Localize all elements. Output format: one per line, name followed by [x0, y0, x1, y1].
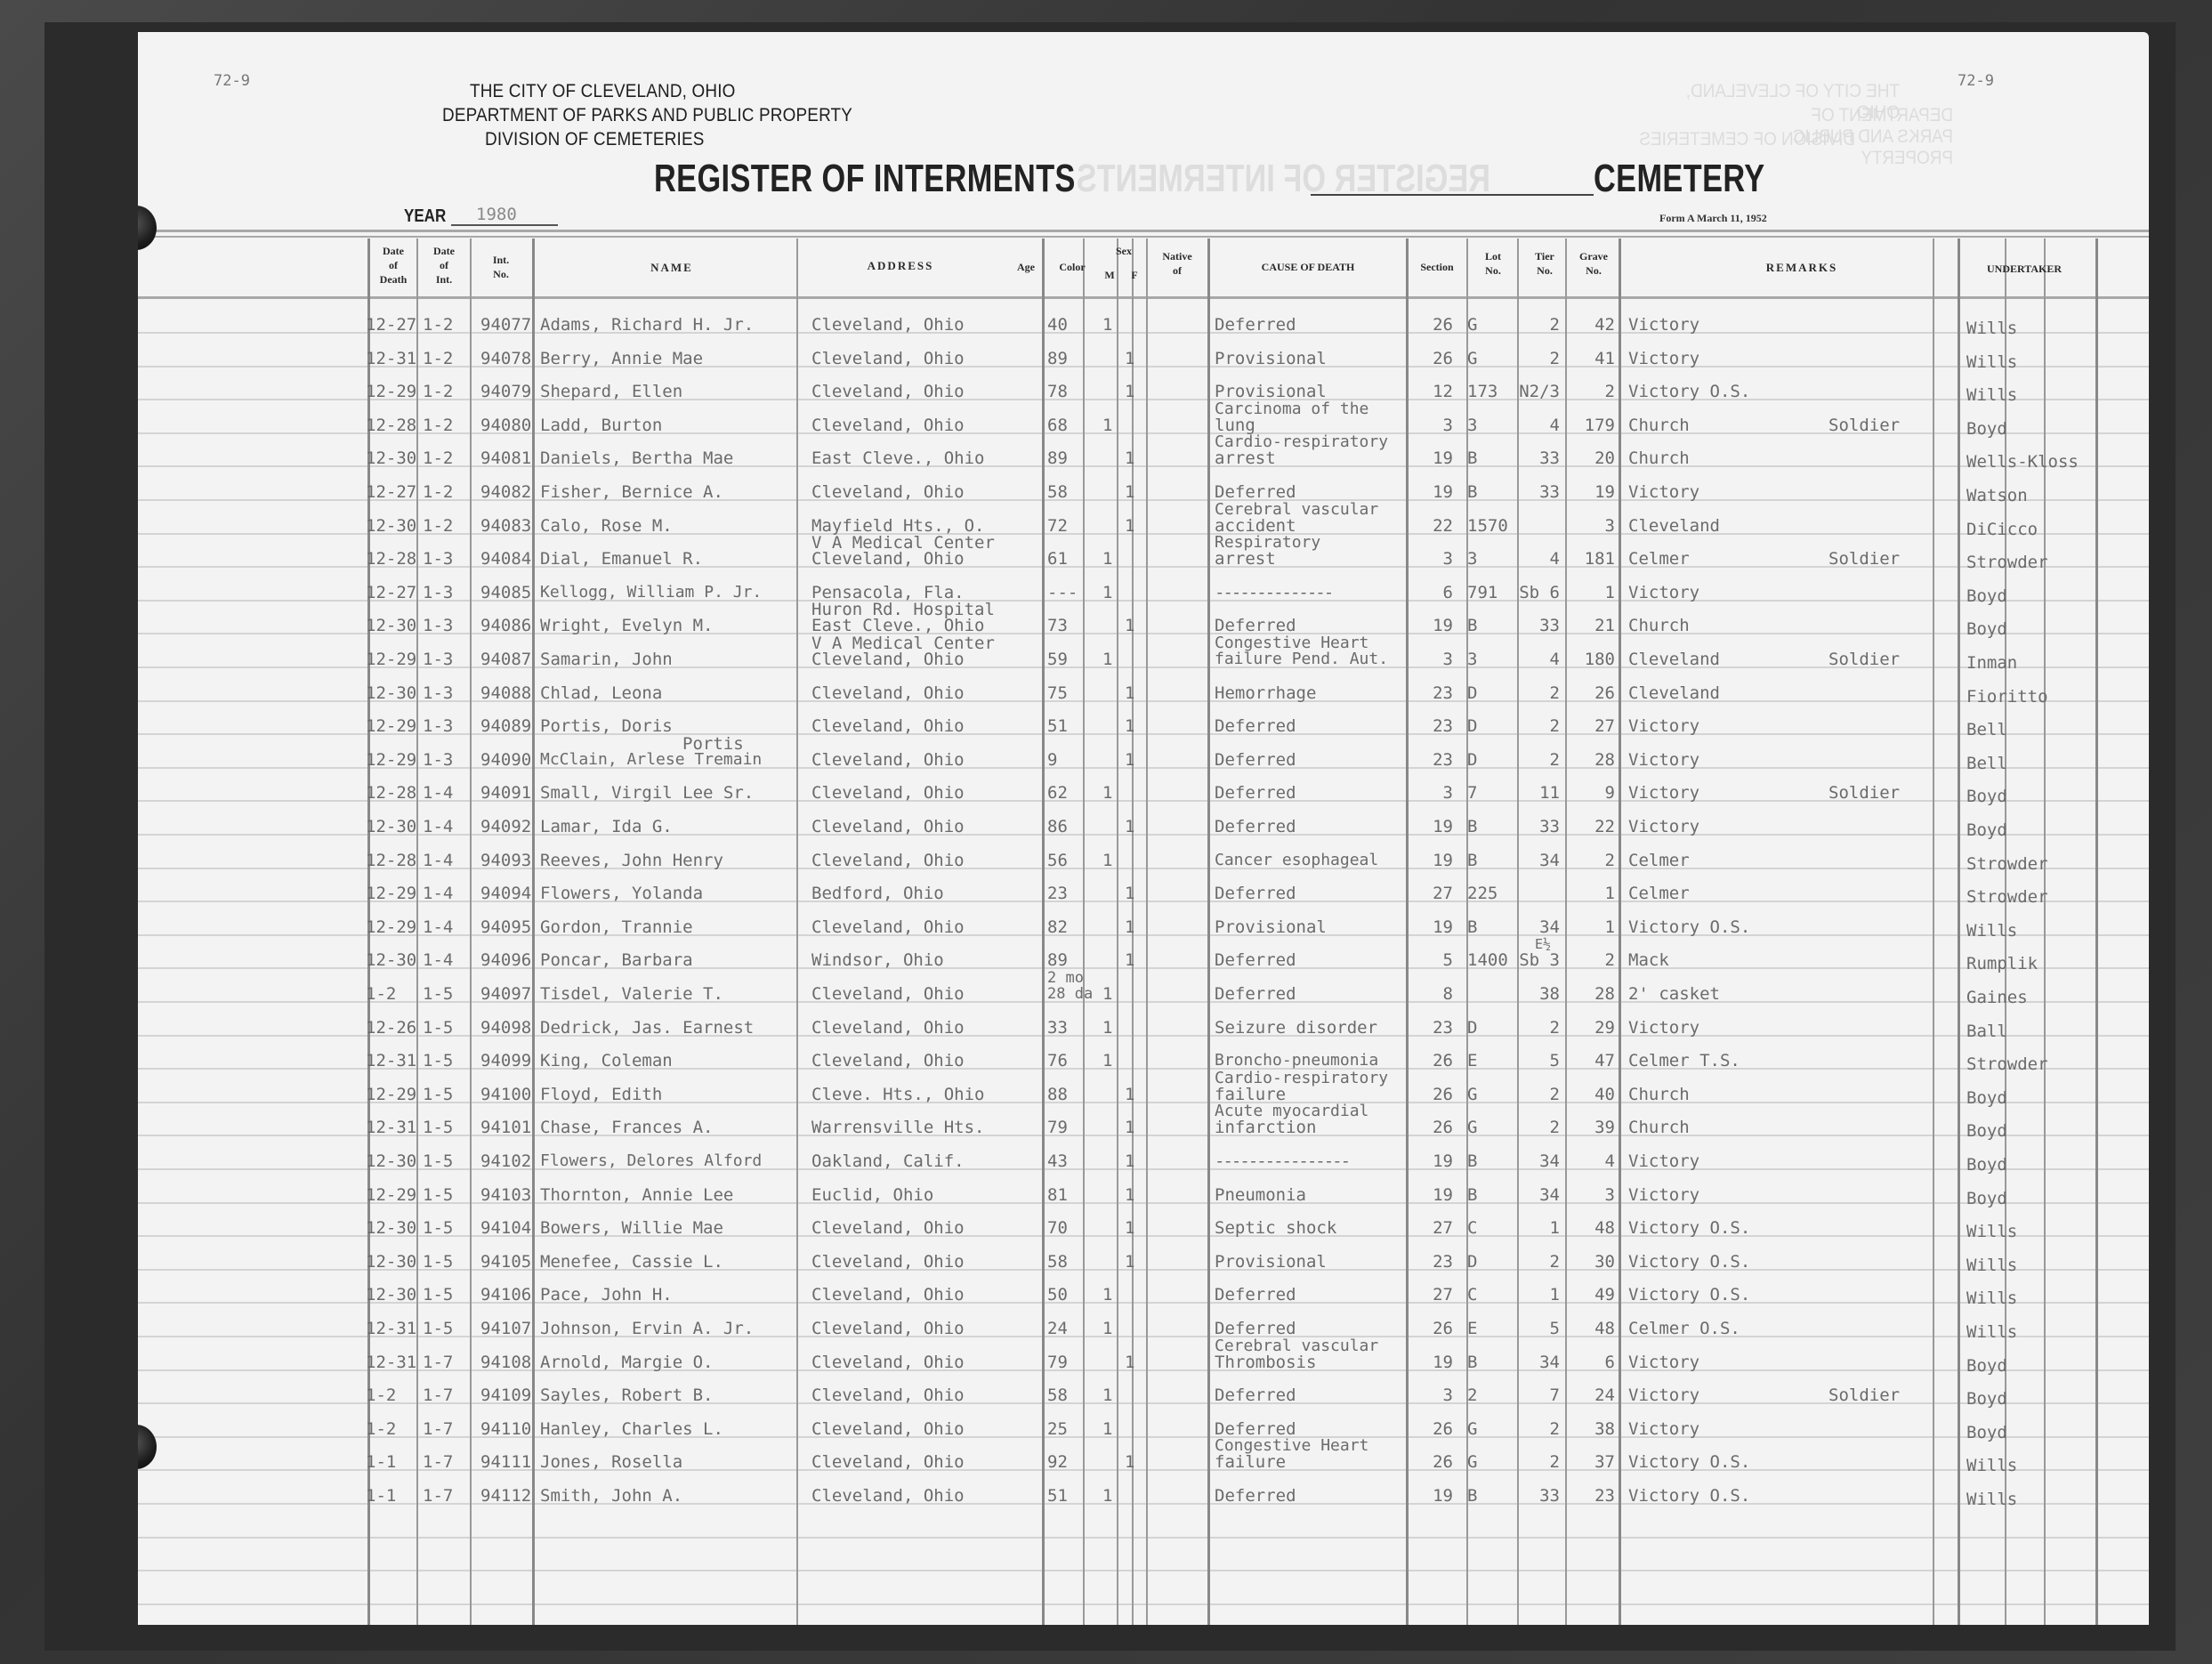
remarks: Victory O.S. — [1628, 1287, 1750, 1303]
date-of-interment: 1-5 — [423, 1220, 453, 1236]
date-of-death: 12-30 — [366, 1254, 416, 1270]
address: East Cleve., Ohio — [811, 450, 984, 466]
remarks: Victory — [1628, 317, 1699, 333]
cause-of-death: Provisional — [1215, 384, 1327, 400]
section: 26 — [1407, 1321, 1453, 1337]
date-of-death: 12-31 — [366, 351, 416, 367]
date-of-interment: 1-7 — [423, 1354, 453, 1370]
column-divider — [470, 238, 472, 1625]
date-of-death: 12-28 — [366, 417, 416, 433]
header-rule-top — [138, 230, 2149, 232]
section: 23 — [1407, 1254, 1453, 1270]
lot-number: 791 — [1467, 585, 1514, 601]
grave-number: 2 — [1565, 952, 1615, 968]
address: Cleveland, Ohio — [811, 1454, 965, 1470]
age: 79 — [1047, 1119, 1068, 1135]
section: 12 — [1407, 384, 1453, 400]
remarks: Victory — [1628, 1187, 1699, 1203]
lot-number: D — [1467, 752, 1514, 768]
sex-male: 1 — [1102, 785, 1112, 801]
grave-number: 24 — [1565, 1387, 1615, 1403]
cause-of-death: arrest — [1215, 450, 1276, 466]
remarks: Mack — [1628, 952, 1669, 968]
column-divider — [1207, 238, 1210, 1625]
undertaker: Boyd — [1966, 421, 2007, 437]
decedent-name: Kellogg, William P. Jr. — [540, 585, 762, 601]
grave-number: 48 — [1565, 1321, 1615, 1337]
tier-number: 2 — [1517, 1421, 1560, 1437]
age: 78 — [1047, 384, 1068, 400]
sex-male: 1 — [1102, 1287, 1112, 1303]
section: 23 — [1407, 752, 1453, 768]
decedent-name: Flowers, Yolanda — [540, 885, 703, 901]
age: 89 — [1047, 952, 1068, 968]
tier-number: 1 — [1517, 1287, 1560, 1303]
interment-number: 94098 — [480, 1020, 531, 1036]
date-of-death: 12-31 — [366, 1354, 416, 1370]
cause-of-death: Septic shock — [1215, 1220, 1336, 1236]
ref-number-left: 72-9 — [214, 72, 250, 90]
interment-number: 94080 — [480, 417, 531, 433]
grave-number: 39 — [1565, 1119, 1615, 1135]
decedent-name: Johnson, Ervin A. Jr. — [540, 1321, 754, 1337]
lot-number: G — [1467, 1421, 1514, 1437]
cause-of-death: Deferred — [1215, 1321, 1296, 1337]
age: 76 — [1047, 1053, 1068, 1069]
tier-number: 2 — [1517, 1086, 1560, 1103]
tier-number: 5 — [1517, 1053, 1560, 1069]
undertaker: Wills — [1966, 1491, 2017, 1507]
col-sex: Sex — [1097, 244, 1150, 258]
date-of-death: 12-31 — [366, 1321, 416, 1337]
lot-number: 3 — [1467, 551, 1514, 567]
grave-number: 20 — [1565, 450, 1615, 466]
date-of-interment: 1-5 — [423, 1187, 453, 1203]
date-of-interment: 1-2 — [423, 384, 453, 400]
undertaker: Boyd — [1966, 1391, 2007, 1407]
cause-of-death: Hemorrhage — [1215, 685, 1316, 701]
remarks-note: Soldier — [1829, 1387, 1900, 1403]
date-of-interment: 1-4 — [423, 852, 453, 868]
age: 79 — [1047, 1354, 1068, 1370]
decedent-name: Adams, Richard H. Jr. — [540, 317, 754, 333]
column-divider — [1117, 238, 1118, 1625]
undertaker: Bell — [1966, 722, 2007, 738]
decedent-name: Small, Virgil Lee Sr. — [540, 785, 754, 801]
cause-of-death: failure — [1215, 1454, 1286, 1470]
lot-number: G — [1467, 317, 1514, 333]
address: Cleveland, Ohio — [811, 484, 965, 500]
age: 70 — [1047, 1220, 1068, 1236]
header-division: DIVISION OF CEMETERIES — [485, 129, 705, 150]
sex-female: 1 — [1125, 718, 1134, 734]
tier-number: 2 — [1517, 1020, 1560, 1036]
binder-hole-top — [138, 206, 157, 250]
decedent-name: Pace, John H. — [540, 1287, 673, 1303]
address: Cleveland, Ohio — [811, 1053, 965, 1069]
date-of-interment: 1-3 — [423, 651, 453, 667]
grave-number: 42 — [1565, 317, 1615, 333]
tier-number: 4 — [1517, 417, 1560, 433]
remarks: Church — [1628, 618, 1690, 634]
tier-number: 4 — [1517, 651, 1560, 667]
undertaker: Rumplik — [1966, 956, 2038, 972]
tier-number: 33 — [1517, 450, 1560, 466]
cause-of-death: Deferred — [1215, 986, 1296, 1002]
age: 58 — [1047, 484, 1068, 500]
sex-male: 1 — [1102, 1020, 1112, 1036]
section: 3 — [1407, 551, 1453, 567]
interment-number: 94102 — [480, 1153, 531, 1169]
interment-number: 94099 — [480, 1053, 531, 1069]
tier-number: 2 — [1517, 1254, 1560, 1270]
decedent-name: Shepard, Ellen — [540, 384, 682, 400]
tier-number: 2 — [1517, 685, 1560, 701]
section: 26 — [1407, 1053, 1453, 1069]
remarks-note: Soldier — [1829, 785, 1900, 801]
remarks: Victory — [1628, 1153, 1699, 1169]
date-of-death: 12-29 — [366, 384, 416, 400]
col-undertaker: UNDERTAKER — [1958, 262, 2091, 276]
col-int-no: Int. No. — [474, 253, 528, 281]
decedent-name: Menefee, Cassie L. — [540, 1254, 723, 1270]
decedent-name: McClain, Arlese Tremain — [540, 752, 762, 768]
age: 75 — [1047, 685, 1068, 701]
col-date-of-death: Date of Death — [371, 244, 416, 287]
date-of-interment: 1-3 — [423, 752, 453, 768]
remarks: Victory — [1628, 484, 1699, 500]
sex-female: 1 — [1125, 752, 1134, 768]
cause-of-death: Deferred — [1215, 1488, 1296, 1504]
undertaker: Wills — [1966, 320, 2017, 336]
header-rule-bottom — [138, 296, 2149, 299]
undertaker: Boyd — [1966, 1358, 2007, 1374]
sex-female: 1 — [1125, 819, 1134, 835]
tier-number: 7 — [1517, 1387, 1560, 1403]
cause-of-death: failure — [1215, 1086, 1286, 1103]
age: 61 — [1047, 551, 1068, 567]
cause-of-death: failure Pend. Aut. — [1215, 651, 1388, 667]
ruled-line — [138, 1570, 2149, 1571]
undertaker: Wills — [1966, 923, 2017, 939]
col-color: Color — [1054, 260, 1090, 274]
date-of-interment: 1-2 — [423, 351, 453, 367]
lot-number: 1400 — [1467, 952, 1514, 968]
undertaker: Wills — [1966, 354, 2017, 370]
section: 6 — [1407, 585, 1453, 601]
grave-number: 27 — [1565, 718, 1615, 734]
undertaker: DiCicco — [1966, 521, 2038, 537]
remarks: Church — [1628, 1086, 1690, 1103]
tier-number: 38 — [1517, 986, 1560, 1002]
section: 19 — [1407, 1354, 1453, 1370]
date-of-death: 1-1 — [366, 1454, 396, 1470]
decedent-name: King, Coleman — [540, 1053, 673, 1069]
interment-number: 94082 — [480, 484, 531, 500]
interment-number: 94089 — [480, 718, 531, 734]
decedent-name: Jones, Rosella — [540, 1454, 682, 1470]
grave-number: 1 — [1565, 885, 1615, 901]
date-of-interment: 1-5 — [423, 1254, 453, 1270]
column-divider — [2044, 238, 2046, 1625]
col-section: Section — [1410, 260, 1464, 274]
section: 26 — [1407, 1119, 1453, 1135]
cause-of-death: Provisional — [1215, 351, 1327, 367]
lot-number: E — [1467, 1321, 1514, 1337]
date-of-interment: 1-7 — [423, 1488, 453, 1504]
address: Warrensville Hts. — [811, 1119, 984, 1135]
interment-number: 94079 — [480, 384, 531, 400]
cause-of-death: Deferred — [1215, 1387, 1296, 1403]
undertaker: Strowder — [1966, 554, 2048, 570]
interment-number: 94112 — [480, 1488, 531, 1504]
address: Cleveland, Ohio — [811, 785, 965, 801]
interment-number: 94078 — [480, 351, 531, 367]
interment-number: 94088 — [480, 685, 531, 701]
decedent-name: Ladd, Burton — [540, 417, 662, 433]
tier-number: 34 — [1517, 1187, 1560, 1203]
decedent-name: Calo, Rose M. — [540, 518, 673, 534]
tier-number: 2 — [1517, 718, 1560, 734]
undertaker: Wills — [1966, 1324, 2017, 1340]
age: 56 — [1047, 852, 1068, 868]
date-of-death: 12-27 — [366, 585, 416, 601]
date-of-death: 12-28 — [366, 785, 416, 801]
sex-female: 1 — [1125, 618, 1134, 634]
interment-number: 94094 — [480, 885, 531, 901]
col-lot-no: Lot No. — [1470, 249, 1516, 278]
sex-male: 1 — [1102, 417, 1112, 433]
grave-number: 179 — [1565, 417, 1615, 433]
address: Cleveland, Ohio — [811, 986, 965, 1002]
address: Cleveland, Ohio — [811, 919, 965, 935]
section: 19 — [1407, 618, 1453, 634]
lot-number: E — [1467, 1053, 1514, 1069]
lot-number: G — [1467, 1119, 1514, 1135]
undertaker: Wells-Kloss — [1966, 454, 2079, 470]
age: 58 — [1047, 1387, 1068, 1403]
age: 9 — [1047, 752, 1057, 768]
section: 23 — [1407, 685, 1453, 701]
date-of-interment: 1-4 — [423, 885, 453, 901]
address: Bedford, Ohio — [811, 885, 944, 901]
date-of-interment: 1-5 — [423, 1321, 453, 1337]
date-of-interment: 1-2 — [423, 450, 453, 466]
undertaker: Boyd — [1966, 822, 2007, 838]
date-of-interment: 1-7 — [423, 1454, 453, 1470]
undertaker: Boyd — [1966, 1425, 2007, 1441]
remarks: Celmer — [1628, 852, 1690, 868]
address: Mayfield Hts., O. — [811, 518, 984, 534]
tier-number: 2 — [1517, 317, 1560, 333]
date-of-interment: 1-4 — [423, 952, 453, 968]
decedent-name: Floyd, Edith — [540, 1086, 662, 1103]
cause-of-death: arrest — [1215, 551, 1276, 567]
date-of-death: 12-30 — [366, 618, 416, 634]
date-of-death: 1-2 — [366, 1387, 396, 1403]
register-sheet: THE CITY OF CLEVELAND, OHIO DEPARTMENT O… — [138, 32, 2149, 1625]
tier-number: 34 — [1517, 1153, 1560, 1169]
age: 68 — [1047, 417, 1068, 433]
col-sex-m: M — [1101, 268, 1118, 282]
section: 23 — [1407, 1020, 1453, 1036]
section: 27 — [1407, 885, 1453, 901]
tier-number: 34 — [1517, 852, 1560, 868]
interment-number: 94108 — [480, 1354, 531, 1370]
decedent-name: Berry, Annie Mae — [540, 351, 703, 367]
interment-number: 94109 — [480, 1387, 531, 1403]
age: 51 — [1047, 718, 1068, 734]
address: Cleveland, Ohio — [811, 1321, 965, 1337]
remarks: Cleveland — [1628, 685, 1720, 701]
date-of-interment: 1-2 — [423, 317, 453, 333]
remarks: Victory — [1628, 1020, 1699, 1036]
address: Cleveland, Ohio — [811, 752, 965, 768]
address: Cleve. Hts., Ohio — [811, 1086, 984, 1103]
date-of-death: 12-30 — [366, 1153, 416, 1169]
sex-male: 1 — [1102, 852, 1112, 868]
grave-number: 3 — [1565, 518, 1615, 534]
sex-female: 1 — [1125, 685, 1134, 701]
date-of-interment: 1-5 — [423, 1119, 453, 1135]
age: 24 — [1047, 1321, 1068, 1337]
undertaker: Bell — [1966, 755, 2007, 771]
date-of-death: 12-30 — [366, 518, 416, 534]
cause-of-death: Provisional — [1215, 919, 1327, 935]
date-of-interment: 1-3 — [423, 585, 453, 601]
date-of-interment: 1-3 — [423, 618, 453, 634]
lot-number: 3 — [1467, 417, 1514, 433]
grave-number: 47 — [1565, 1053, 1615, 1069]
interment-number: 94083 — [480, 518, 531, 534]
sex-female: 1 — [1125, 1086, 1134, 1103]
interment-number: 94087 — [480, 651, 531, 667]
bleed-through-line3: DIVISION OF CEMETERIES — [1639, 129, 1855, 150]
address: Cleveland, Ohio — [811, 651, 965, 667]
column-divider — [1083, 238, 1085, 1625]
age: 92 — [1047, 1454, 1068, 1470]
date-of-interment: 1-5 — [423, 986, 453, 1002]
address: Cleveland, Ohio — [811, 417, 965, 433]
decedent-name: Poncar, Barbara — [540, 952, 693, 968]
cause-of-death: Broncho-pneumonia — [1215, 1053, 1378, 1069]
section: 26 — [1407, 317, 1453, 333]
col-remarks: REMARKS — [1668, 260, 1935, 276]
interment-number: 94086 — [480, 618, 531, 634]
date-of-interment: 1-7 — [423, 1421, 453, 1437]
date-of-interment: 1-2 — [423, 518, 453, 534]
undertaker: Wills — [1966, 1224, 2017, 1240]
address: Oakland, Calif. — [811, 1153, 965, 1169]
undertaker: Ball — [1966, 1023, 2007, 1039]
sex-male: 1 — [1102, 585, 1112, 601]
interment-number: 94084 — [480, 551, 531, 567]
interment-number: 94090 — [480, 752, 531, 768]
grave-number: 38 — [1565, 1421, 1615, 1437]
undertaker: Inman — [1966, 655, 2017, 671]
sex-female: 1 — [1125, 1354, 1134, 1370]
date-of-death: 12-26 — [366, 1020, 416, 1036]
lot-number: D — [1467, 1254, 1514, 1270]
date-of-death: 12-29 — [366, 1187, 416, 1203]
cause-of-death: Deferred — [1215, 484, 1296, 500]
interment-number: 94081 — [480, 450, 531, 466]
tier-number: 1 — [1517, 1220, 1560, 1236]
cause-of-death: Thrombosis — [1215, 1354, 1316, 1370]
decedent-name: Lamar, Ida G. — [540, 819, 673, 835]
age: 28 da — [1047, 986, 1093, 1002]
column-divider — [1958, 238, 1960, 1625]
address: East Cleve., Ohio — [811, 618, 984, 634]
date-of-interment: 1-2 — [423, 484, 453, 500]
grave-number: 21 — [1565, 618, 1615, 634]
age: 86 — [1047, 819, 1068, 835]
remarks: Celmer — [1628, 885, 1690, 901]
column-divider — [1933, 238, 1934, 1625]
age: 23 — [1047, 885, 1068, 901]
lot-number: D — [1467, 1020, 1514, 1036]
tier-number: 33 — [1517, 484, 1560, 500]
undertaker: Boyd — [1966, 1123, 2007, 1139]
undertaker: Boyd — [1966, 1090, 2007, 1106]
interment-number: 94077 — [480, 317, 531, 333]
lot-number: 225 — [1467, 885, 1514, 901]
lot-number: G — [1467, 1086, 1514, 1103]
date-of-interment: 1-5 — [423, 1020, 453, 1036]
sex-male: 1 — [1102, 1488, 1112, 1504]
sex-female: 1 — [1125, 1454, 1134, 1470]
lot-number: B — [1467, 919, 1514, 935]
cause-of-death: Provisional — [1215, 1254, 1327, 1270]
date-of-interment: 1-4 — [423, 785, 453, 801]
date-of-death: 12-29 — [366, 718, 416, 734]
sex-male: 1 — [1102, 1421, 1112, 1437]
cemetery-name-line — [1311, 194, 1594, 196]
tier-number: 34 — [1517, 1354, 1560, 1370]
tier-number: Sb 6 — [1517, 585, 1560, 601]
undertaker: Wills — [1966, 1290, 2017, 1306]
remarks: Victory — [1628, 819, 1699, 835]
cause-of-death: Cancer esophageal — [1215, 852, 1378, 868]
undertaker: Boyd — [1966, 621, 2007, 637]
age: 43 — [1047, 1153, 1068, 1169]
grave-number: 28 — [1565, 986, 1615, 1002]
remarks: Victory — [1628, 351, 1699, 367]
date-of-death: 12-29 — [366, 651, 416, 667]
date-of-death: 12-30 — [366, 685, 416, 701]
remarks: Victory — [1628, 1421, 1699, 1437]
grave-number: 29 — [1565, 1020, 1615, 1036]
cause-of-death: -------------- — [1215, 585, 1332, 601]
ruled-line — [138, 1603, 2149, 1605]
sex-male: 1 — [1102, 1387, 1112, 1403]
form-note: Form A March 11, 1952 — [1659, 212, 1767, 225]
section: 26 — [1407, 1421, 1453, 1437]
lot-number: B — [1467, 618, 1514, 634]
remarks: Victory — [1628, 718, 1699, 734]
remarks: Victory O.S. — [1628, 919, 1750, 935]
lot-number: B — [1467, 852, 1514, 868]
lot-number: C — [1467, 1287, 1514, 1303]
column-divider — [1042, 238, 1045, 1625]
remarks: Victory O.S. — [1628, 1220, 1750, 1236]
sex-female: 1 — [1125, 1119, 1134, 1135]
age: 81 — [1047, 1187, 1068, 1203]
date-of-interment: 1-5 — [423, 1287, 453, 1303]
section: 3 — [1407, 1387, 1453, 1403]
cause-of-death: lung — [1215, 417, 1255, 433]
sex-male: 1 — [1102, 317, 1112, 333]
